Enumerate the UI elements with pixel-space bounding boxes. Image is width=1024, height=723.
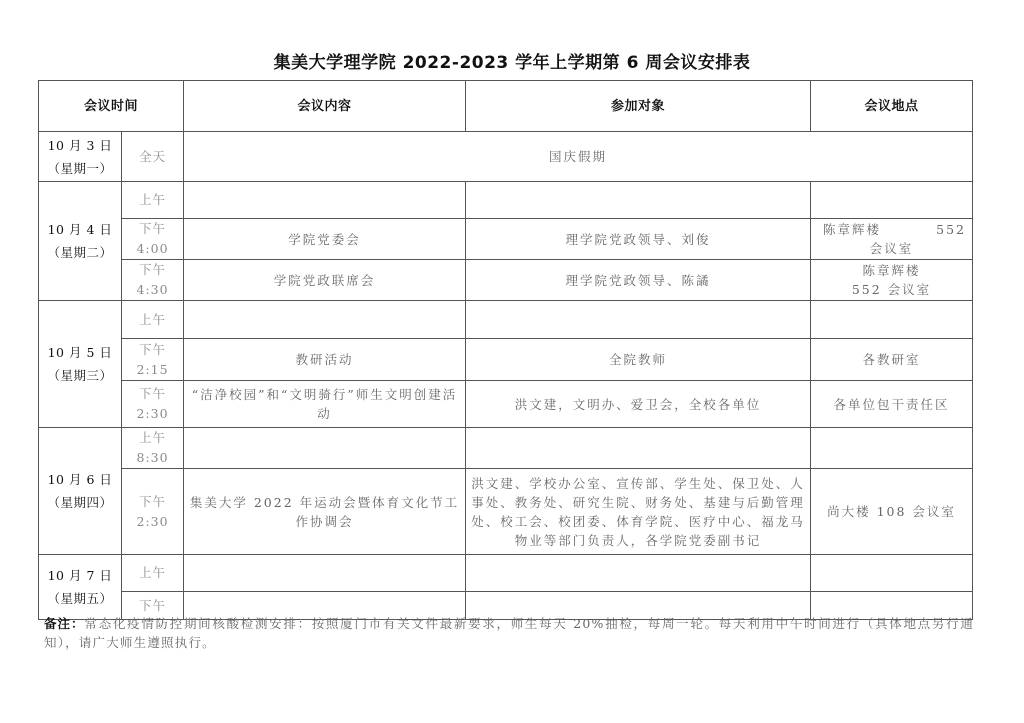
location-cell <box>811 555 973 592</box>
location-line-1: 陈章辉楼 552 <box>815 220 968 239</box>
location-line-2: 会议室 <box>815 239 968 258</box>
weekday-label: （星期五） <box>43 587 117 610</box>
header-time: 会议时间 <box>39 81 184 132</box>
note-label: 备注： <box>44 616 85 631</box>
date-label: 10 月 7 日 <box>43 564 117 587</box>
date-cell: 10 月 5 日 （星期三） <box>39 301 122 428</box>
location-cell <box>811 301 973 339</box>
date-label: 10 月 3 日 <box>43 134 117 157</box>
location-room-number: 552 <box>936 220 966 239</box>
time-label: 2:30 <box>126 404 179 424</box>
meeting-schedule-table: 会议时间 会议内容 参加对象 会议地点 10 月 3 日 （星期一） 全天 国庆… <box>38 80 973 620</box>
holiday-cell: 国庆假期 <box>184 132 973 182</box>
table-row: 下午 4:00 学院党委会 理学院党政领导、刘俊 陈章辉楼 552 会议室 <box>39 219 973 260</box>
content-cell <box>184 182 466 219</box>
content-cell: “洁净校园”和“文明骑行”师生文明创建活动 <box>184 381 466 428</box>
content-cell: 集美大学 2022 年运动会暨体育文化节工作协调会 <box>184 469 466 555</box>
page-title: 集美大学理学院 2022-2023 学年上学期第 6 周会议安排表 <box>0 48 1024 73</box>
table-row: 10 月 6 日 （星期四） 上午 8:30 <box>39 428 973 469</box>
attendees-cell <box>466 182 811 219</box>
footnote: 备注：常态化疫情防控期间核酸检测安排：按照厦门市有关文件最新要求，师生每天 20… <box>44 614 974 652</box>
location-cell <box>811 182 973 219</box>
date-cell: 10 月 7 日 （星期五） <box>39 555 122 620</box>
time-cell: 上午 <box>122 555 184 592</box>
time-cell: 下午 4:30 <box>122 260 184 301</box>
date-label: 10 月 5 日 <box>43 341 117 364</box>
table-row: 10 月 7 日 （星期五） 上午 <box>39 555 973 592</box>
date-cell: 10 月 4 日 （星期二） <box>39 182 122 301</box>
date-label: 10 月 6 日 <box>43 468 117 491</box>
period-label: 上午 <box>126 428 179 448</box>
header-attendees: 参加对象 <box>466 81 811 132</box>
location-cell: 尚大楼 108 会议室 <box>811 469 973 555</box>
attendees-cell <box>466 555 811 592</box>
time-label: 4:30 <box>126 280 179 300</box>
table-row: 下午 2:30 集美大学 2022 年运动会暨体育文化节工作协调会 洪文建、学校… <box>39 469 973 555</box>
time-cell: 下午 2:30 <box>122 469 184 555</box>
attendees-cell: 全院教师 <box>466 339 811 381</box>
period-label: 下午 <box>126 219 179 239</box>
location-cell: 陈章辉楼 552 会议室 <box>811 260 973 301</box>
period-label: 下午 <box>126 384 179 404</box>
content-cell: 教研活动 <box>184 339 466 381</box>
time-cell: 全天 <box>122 132 184 182</box>
attendees-cell: 洪文建、学校办公室、宣传部、学生处、保卫处、人事处、教务处、研究生院、财务处、基… <box>466 469 811 555</box>
time-cell: 下午 4:00 <box>122 219 184 260</box>
location-building: 陈章辉楼 <box>823 220 881 239</box>
header-location: 会议地点 <box>811 81 973 132</box>
time-cell: 上午 <box>122 301 184 339</box>
attendees-cell: 理学院党政领导、刘俊 <box>466 219 811 260</box>
date-cell: 10 月 6 日 （星期四） <box>39 428 122 555</box>
attendees-cell: 洪文建，文明办、爱卫会，全校各单位 <box>466 381 811 428</box>
time-label: 4:00 <box>126 239 179 259</box>
note-text: 常态化疫情防控期间核酸检测安排：按照厦门市有关文件最新要求，师生每天 20%抽检… <box>44 616 974 650</box>
time-cell: 下午 2:30 <box>122 381 184 428</box>
location-cell: 各教研室 <box>811 339 973 381</box>
location-cell <box>811 428 973 469</box>
header-content: 会议内容 <box>184 81 466 132</box>
table-row: 10 月 3 日 （星期一） 全天 国庆假期 <box>39 132 973 182</box>
content-cell: 学院党政联席会 <box>184 260 466 301</box>
date-label: 10 月 4 日 <box>43 218 117 241</box>
time-cell: 上午 <box>122 182 184 219</box>
time-cell: 上午 8:30 <box>122 428 184 469</box>
table-row: 下午 2:30 “洁净校园”和“文明骑行”师生文明创建活动 洪文建，文明办、爱卫… <box>39 381 973 428</box>
time-label: 2:15 <box>126 360 179 380</box>
table-row: 10 月 5 日 （星期三） 上午 <box>39 301 973 339</box>
table-row: 下午 2:15 教研活动 全院教师 各教研室 <box>39 339 973 381</box>
weekday-label: （星期二） <box>43 241 117 264</box>
attendees-cell <box>466 428 811 469</box>
time-label: 2:30 <box>126 512 179 532</box>
period-label: 下午 <box>126 492 179 512</box>
table-row: 10 月 4 日 （星期二） 上午 <box>39 182 973 219</box>
content-cell <box>184 301 466 339</box>
location-cell: 各单位包干责任区 <box>811 381 973 428</box>
attendees-cell: 理学院党政领导、陈譎 <box>466 260 811 301</box>
table-row: 下午 4:30 学院党政联席会 理学院党政领导、陈譎 陈章辉楼 552 会议室 <box>39 260 973 301</box>
content-cell: 学院党委会 <box>184 219 466 260</box>
period-label: 下午 <box>126 260 179 280</box>
weekday-label: （星期一） <box>43 157 117 180</box>
weekday-label: （星期四） <box>43 491 117 514</box>
location-line-1: 陈章辉楼 <box>815 261 968 280</box>
period-label: 下午 <box>126 340 179 360</box>
location-cell: 陈章辉楼 552 会议室 <box>811 219 973 260</box>
content-cell <box>184 428 466 469</box>
content-cell <box>184 555 466 592</box>
weekday-label: （星期三） <box>43 364 117 387</box>
time-cell: 下午 2:15 <box>122 339 184 381</box>
attendees-cell <box>466 301 811 339</box>
date-cell: 10 月 3 日 （星期一） <box>39 132 122 182</box>
time-label: 8:30 <box>126 448 179 468</box>
location-line-2: 552 会议室 <box>815 280 968 299</box>
header-row: 会议时间 会议内容 参加对象 会议地点 <box>39 81 973 132</box>
